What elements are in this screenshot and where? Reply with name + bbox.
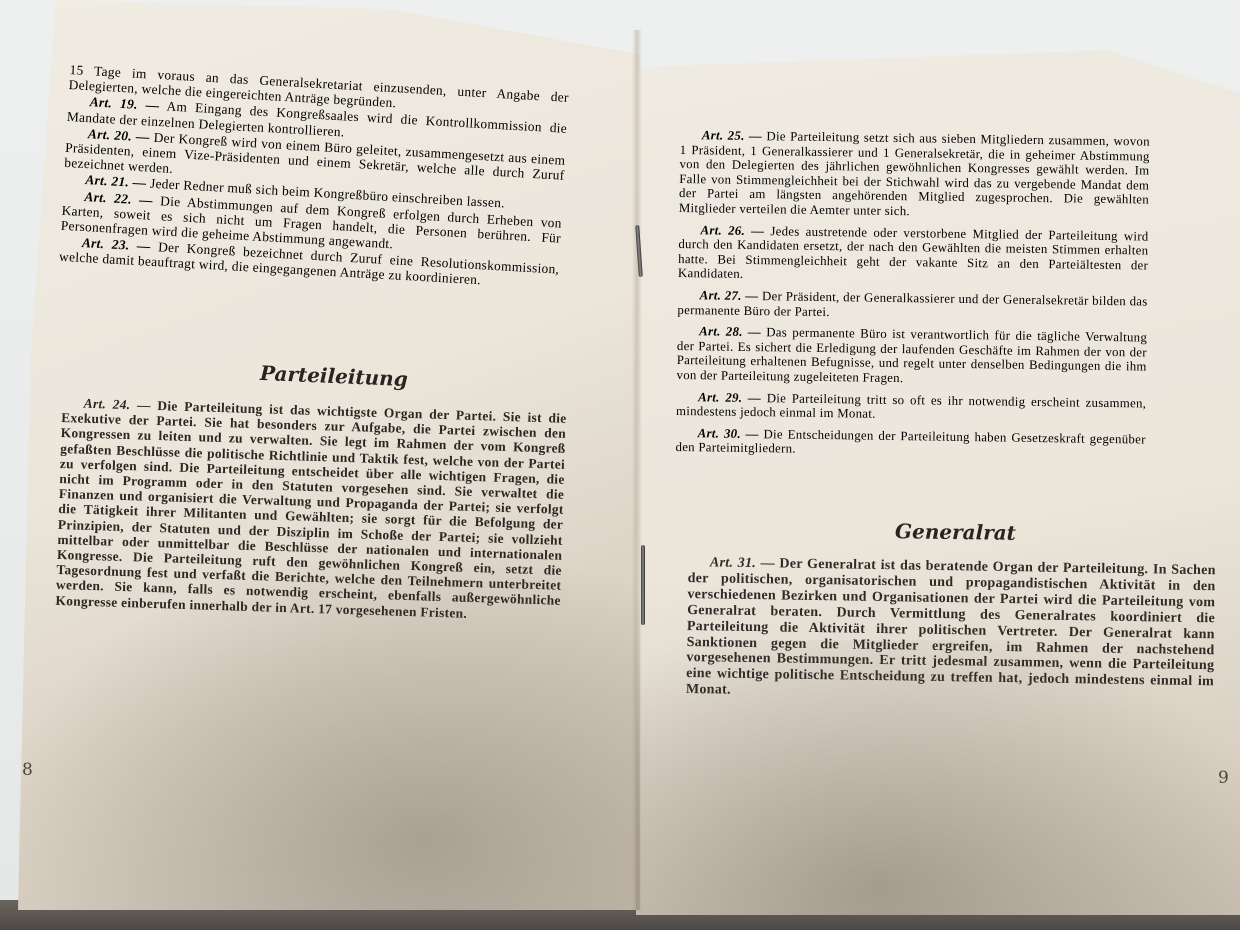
right-page-top-text: Art. 25. — Die Parteileitung setzt sich … xyxy=(675,128,1150,468)
article-25: Art. 25. — Die Parteileitung setzt sich … xyxy=(679,128,1150,222)
article-label: Art. 29. — xyxy=(698,390,761,405)
article-text: Die Parteileitung ist das wichtigste Org… xyxy=(55,398,566,620)
article-30: Art. 30. — Die Entscheidungen der Partei… xyxy=(675,426,1145,462)
article-label: Art. 21. — xyxy=(85,172,147,190)
article-label: Art. 25. — xyxy=(702,128,762,143)
page-number-left: 8 xyxy=(22,760,33,780)
article-label: Art. 31. — xyxy=(710,555,775,571)
left-page-top-text: 15 Tage im voraus an das Generalsekretar… xyxy=(59,62,570,293)
article-label: Art. 26. — xyxy=(700,223,764,238)
article-29: Art. 29. — Die Parteileitung tritt so of… xyxy=(676,389,1146,425)
booklet-spine xyxy=(632,30,642,910)
article-27: Art. 27. — Der Präsident, der Generalkas… xyxy=(677,288,1147,324)
article-label: Art. 27. — xyxy=(700,288,759,303)
article-28: Art. 28. — Das permanente Büro ist veran… xyxy=(676,324,1147,389)
staple-bottom xyxy=(641,545,645,625)
article-24: Art. 24. — Die Parteileitung ist das wic… xyxy=(55,395,566,624)
article-label: Art. 28. — xyxy=(699,324,761,339)
article-26: Art. 26. — Jedes austretende oder versto… xyxy=(678,223,1149,288)
article-31: Art. 31. — Der Generalrat ist das berate… xyxy=(686,555,1216,706)
article-label: Art. 30. — xyxy=(698,426,759,441)
section-heading-generalrat: Generalrat xyxy=(895,519,1016,545)
left-page-bottom-text: Art. 24. — Die Parteileitung ist das wic… xyxy=(55,395,566,625)
right-page-bottom-text: Art. 31. — Der Generalrat ist das berate… xyxy=(686,555,1216,707)
article-text: Der Generalrat ist das beratende Organ d… xyxy=(686,556,1216,698)
page-number-right: 9 xyxy=(1218,768,1229,788)
